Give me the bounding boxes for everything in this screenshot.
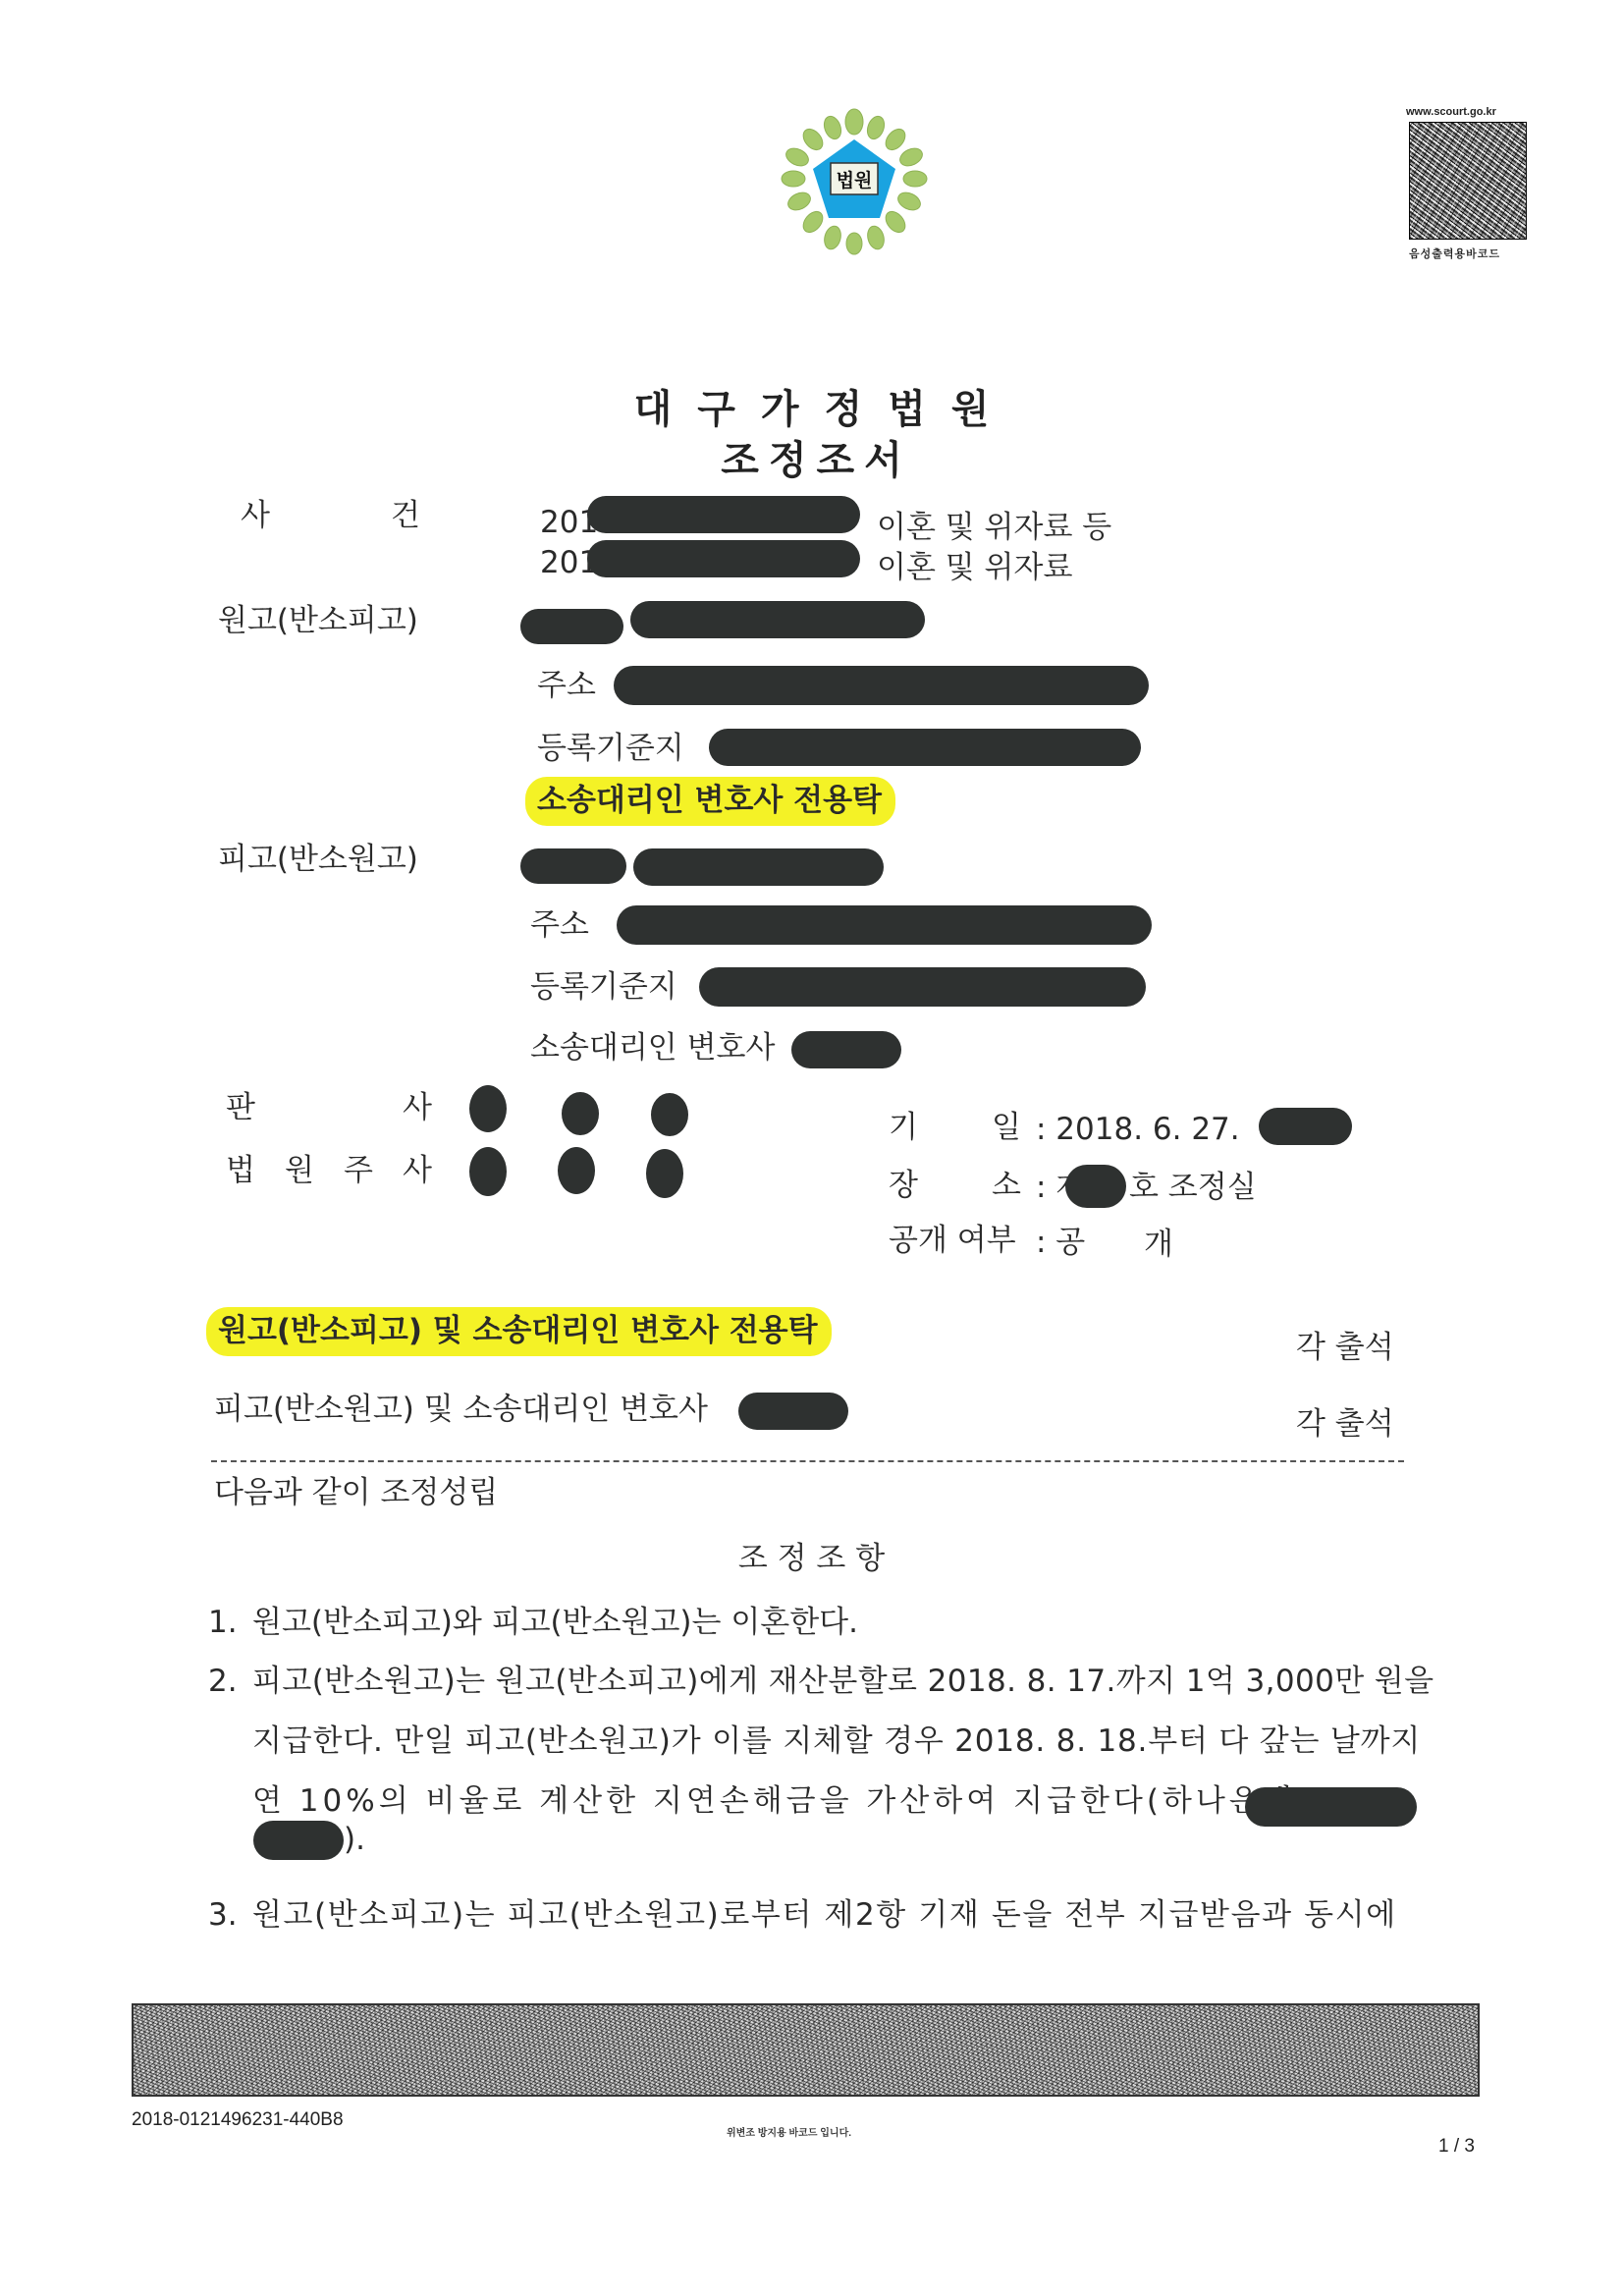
- defendant-registry-label: 등록기준지: [530, 972, 677, 1003]
- public-value-2: 개: [1144, 1230, 1173, 1260]
- defendant-counsel-label: 소송대리인 변호사: [530, 1033, 775, 1064]
- clause-2-line: 지급한다. 만일 피고(반소원고)가 이를 지체할 경우 2018. 8. 18…: [252, 1726, 1421, 1757]
- forgery-notice: 위변조 방지용 바코드 입니다.: [727, 2124, 851, 2139]
- case-label-1: 사: [241, 501, 270, 531]
- clerk-label-2: 원: [285, 1156, 314, 1186]
- judge-label-1: 판: [226, 1093, 255, 1123]
- intro-text: 다음과 같이 조정성립: [214, 1478, 498, 1508]
- attendance-plaintiff-highlight: 원고(반소피고) 및 소송대리인 변호사 전용탁: [206, 1307, 832, 1356]
- public-label: 공개 여부: [889, 1226, 1016, 1256]
- qr-url-text: www.scourt.go.kr: [1406, 106, 1496, 118]
- clerk-label-1: 법: [226, 1156, 255, 1186]
- attendance-plaintiff: 원고(반소피고) 및 소송대리인 변호사 전용탁: [206, 1316, 832, 1346]
- redacted-bank-account: [253, 1821, 344, 1860]
- clause-2-line: 연 10%의 비율로 계산한 지연손해금을 가산하여 지급한다(하나은행: [252, 1786, 1296, 1817]
- redacted-judge-name: [651, 1093, 688, 1136]
- session-place-suffix: 호 조정실: [1129, 1173, 1257, 1203]
- court-emblem-icon: 법원: [776, 108, 933, 255]
- clerk-label-3: 주: [344, 1156, 373, 1186]
- redacted-plaintiff-name: [630, 601, 925, 638]
- court-name: 대구가정법원: [0, 378, 1623, 434]
- divider: [211, 1460, 1404, 1462]
- redacted-defendant-name: [520, 848, 626, 884]
- redacted-plaintiff-name: [520, 609, 623, 644]
- redacted-judge-name: [562, 1092, 599, 1135]
- clerk-label-4: 사: [403, 1156, 432, 1186]
- plaintiff-label: 원고(반소피고): [218, 606, 418, 636]
- redacted-defendant-address: [617, 905, 1152, 945]
- redacted-session-time: [1259, 1108, 1352, 1145]
- section-title: 조 정 조 항: [0, 1544, 1623, 1574]
- date-label-1: 기: [889, 1113, 918, 1143]
- redacted-judge-name: [469, 1085, 507, 1132]
- redacted-defendant-counsel: [738, 1393, 848, 1430]
- page-number: 1 / 3: [1438, 2136, 1475, 2158]
- attendance-status: 각 출석: [1296, 1333, 1394, 1363]
- redacted-bank-account: [1245, 1787, 1417, 1827]
- plaintiff-address-label: 주소: [537, 671, 596, 701]
- case-name: 이혼 및 위자료: [877, 553, 1072, 583]
- clause-2-line: 피고(반소원고)는 원고(반소피고)에게 재산분할로 2018. 8. 17.까…: [252, 1667, 1434, 1697]
- place-label-1: 장: [889, 1171, 918, 1201]
- redacted-clerk-name: [558, 1147, 595, 1194]
- place-label-2: 소: [992, 1171, 1021, 1201]
- redacted-case-number: [587, 540, 860, 577]
- clause-number: 2.: [208, 1667, 238, 1697]
- svg-text:법원: 법원: [837, 169, 873, 191]
- public-value-1: : 공: [1036, 1228, 1085, 1258]
- case-name: 이혼 및 위자료 등: [877, 513, 1111, 543]
- clause-2-line: ).: [344, 1825, 365, 1855]
- plaintiff-counsel-highlight: 소송대리인 변호사 전용탁: [525, 777, 895, 826]
- redacted-defendant-name: [633, 848, 884, 886]
- attendance-status: 각 출석: [1296, 1409, 1394, 1440]
- clause-number: 3.: [208, 1900, 238, 1931]
- clause-number: 1.: [208, 1608, 238, 1638]
- redacted-clerk-name: [469, 1147, 507, 1196]
- judge-label-2: 사: [403, 1093, 432, 1123]
- redacted-defendant-registry: [699, 967, 1146, 1007]
- attendance-defendant: 피고(반소원고) 및 소송대리인 변호사: [214, 1394, 708, 1425]
- redacted-defendant-counsel: [791, 1031, 901, 1068]
- plaintiff-registry-label: 등록기준지: [537, 734, 684, 764]
- plaintiff-counsel: 소송대리인 변호사 전용탁: [525, 786, 895, 816]
- redacted-case-number: [587, 496, 860, 533]
- redacted-clerk-name: [646, 1149, 683, 1198]
- qr-code-icon: [1409, 122, 1527, 240]
- defendant-address-label: 주소: [530, 910, 589, 941]
- case-label-2: 건: [391, 501, 420, 531]
- session-date: : 2018. 6. 27.: [1036, 1115, 1240, 1145]
- date-label-2: 일: [992, 1113, 1021, 1143]
- defendant-label: 피고(반소원고): [218, 845, 418, 875]
- document-number: 2018-0121496231-440B8: [132, 2109, 344, 2131]
- clause-3-line: 원고(반소피고)는 피고(반소원고)로부터 제2항 기재 돈을 전부 지급받음과…: [252, 1900, 1397, 1931]
- redacted-room-number: [1065, 1165, 1126, 1208]
- qr-caption: 음성출력용바코드: [1409, 246, 1500, 261]
- clause-1-line: 원고(반소피고)와 피고(반소원고)는 이혼한다.: [252, 1608, 858, 1638]
- document-title: 조정조서: [0, 429, 1623, 485]
- redacted-plaintiff-registry: [709, 729, 1141, 766]
- anti-forgery-barcode-icon: [132, 2003, 1480, 2097]
- redacted-plaintiff-address: [614, 666, 1149, 705]
